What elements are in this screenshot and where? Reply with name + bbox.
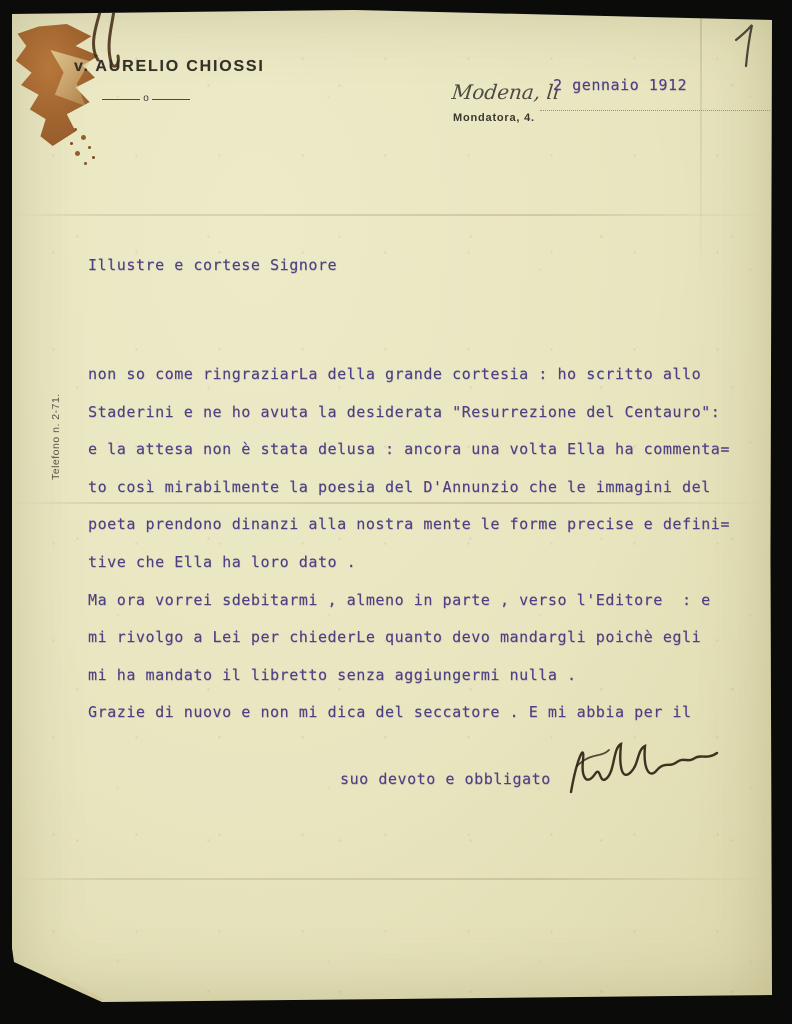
stain-speckles: [74, 128, 77, 131]
letterhead-phone-vertical: Telefono n. 2-71.: [50, 330, 62, 480]
body-line: Grazie di nuovo e non mi dica del seccat…: [88, 694, 730, 732]
body-line: mi ha mandato il libretto senza aggiunge…: [88, 657, 730, 695]
closing-line: suo devoto e obbligato: [340, 770, 551, 788]
divider-ornament: o: [143, 94, 149, 104]
scan-background: v. AURELIO CHIOSSI o Modena, li 2 gennai…: [0, 0, 792, 1024]
body-line: to così mirabilmente la poesia del D'Ann…: [88, 469, 730, 507]
body-line: Ma ora vorrei sdebitarmi , almeno in par…: [88, 582, 730, 620]
body-line: mi rivolgo a Lei per chiederLe quanto de…: [88, 619, 730, 657]
body-line: e la attesa non è stata delusa : ancora …: [88, 431, 730, 469]
date-dotted-line: [540, 88, 770, 111]
letterhead-divider: o: [102, 94, 190, 104]
letter-body: non so come ringraziarLa della grande co…: [88, 356, 730, 732]
fold-crease: [12, 878, 772, 880]
handwritten-page-number: [732, 22, 760, 74]
vertical-crease: [700, 10, 702, 280]
signature: [557, 732, 732, 810]
divider-line: [102, 99, 140, 100]
letterhead-address: Mondatora, 4.: [453, 112, 535, 124]
body-line: non so come ringraziarLa della grande co…: [88, 356, 730, 394]
letterhead-name: v. AURELIO CHIOSSI: [74, 58, 265, 76]
fold-crease: [12, 214, 772, 216]
divider-line: [152, 99, 190, 100]
corner-fold: [46, 964, 106, 1002]
body-line: tive che Ella ha loro dato .: [88, 544, 730, 582]
body-line: Staderini e ne ho avuta la desiderata "R…: [88, 394, 730, 432]
salutation: Illustre e cortese Signore: [88, 256, 337, 274]
letter-page: v. AURELIO CHIOSSI o Modena, li 2 gennai…: [12, 10, 772, 1002]
body-line: poeta prendono dinanzi alla nostra mente…: [88, 506, 730, 544]
